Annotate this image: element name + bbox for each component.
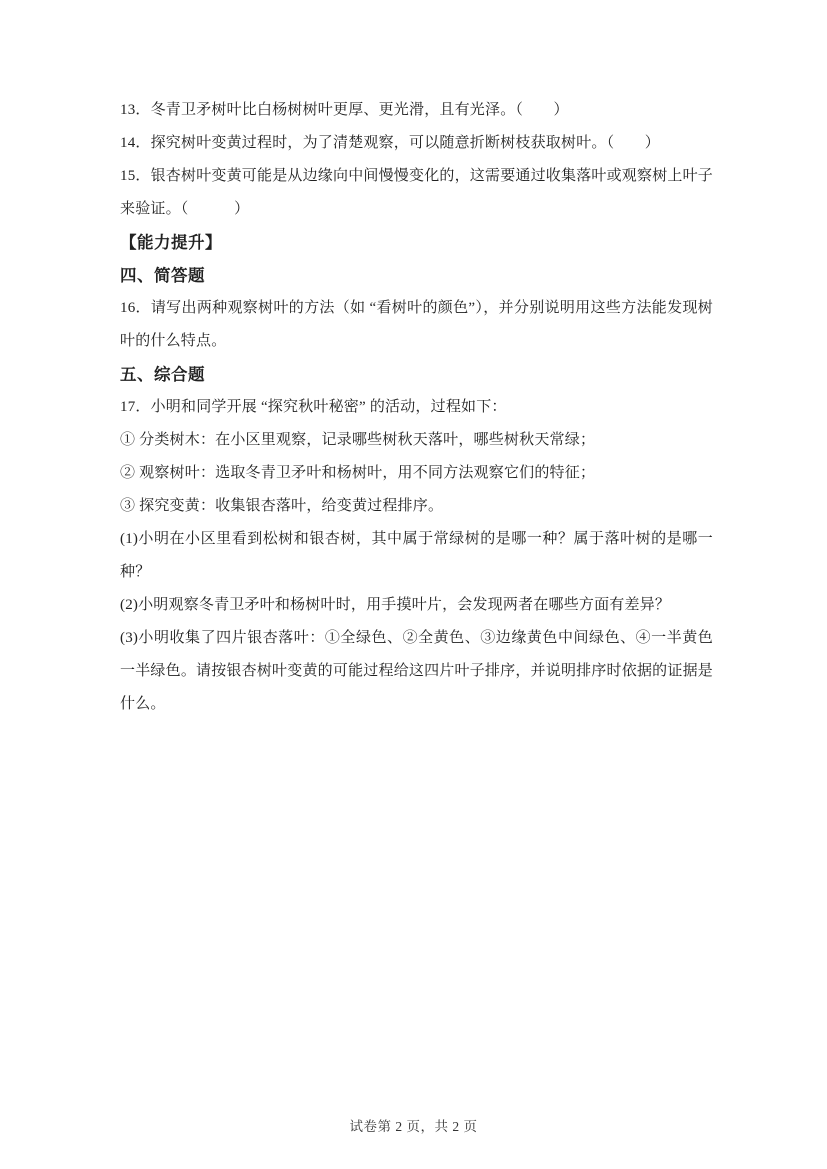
exam-content: 13．冬青卫矛树叶比白杨树树叶更厚、更光滑，且有光泽。（ ） 14．探究树叶变黄…: [120, 94, 713, 721]
question-17-subquestion-2: (2)小明观察冬青卫矛叶和杨树叶时，用手摸叶片，会发现两者在哪些方面有差异？: [120, 589, 713, 622]
question-17-subquestion-1: (1)小明在小区里看到松树和银杏树，其中属于常绿树的是哪一种？属于落叶树的是哪一…: [120, 523, 713, 589]
question-17-subquestion-3: (3)小明收集了四片银杏落叶：①全绿色、②全黄色、③边缘黄色中间绿色、④一半黄色…: [120, 622, 713, 721]
true-false-question-13: 13．冬青卫矛树叶比白杨树树叶更厚、更光滑，且有光泽。（ ）: [120, 94, 713, 127]
short-answer-question-16: 16．请写出两种观察树叶的方法（如 “看树叶的颜色”），并分别说明用这些方法能发…: [120, 292, 713, 358]
question-17-step-3: ③ 探究变黄：收集银杏落叶，给变黄过程排序。: [120, 490, 713, 523]
ability-improvement-banner: 【能力提升】: [120, 226, 713, 259]
comprehensive-question-17-intro: 17．小明和同学开展 “探究秋叶秘密” 的活动，过程如下：: [120, 391, 713, 424]
section-4-short-answer-heading: 四、简答题: [120, 259, 713, 292]
question-17-step-1: ① 分类树木：在小区里观察，记录哪些树秋天落叶，哪些树秋天常绿；: [120, 424, 713, 457]
page-number-footer: 试卷第 2 页，共 2 页: [0, 1117, 827, 1137]
question-17-step-2: ② 观察树叶：选取冬青卫矛叶和杨树叶，用不同方法观察它们的特征；: [120, 457, 713, 490]
true-false-question-14: 14．探究树叶变黄过程时，为了清楚观察，可以随意折断树枝获取树叶。（ ）: [120, 127, 713, 160]
section-5-comprehensive-heading: 五、综合题: [120, 358, 713, 391]
exam-paper-page: 13．冬青卫矛树叶比白杨树树叶更厚、更光滑，且有光泽。（ ） 14．探究树叶变黄…: [0, 0, 827, 1169]
true-false-question-15: 15．银杏树叶变黄可能是从边缘向中间慢慢变化的，这需要通过收集落叶或观察树上叶子…: [120, 160, 713, 226]
